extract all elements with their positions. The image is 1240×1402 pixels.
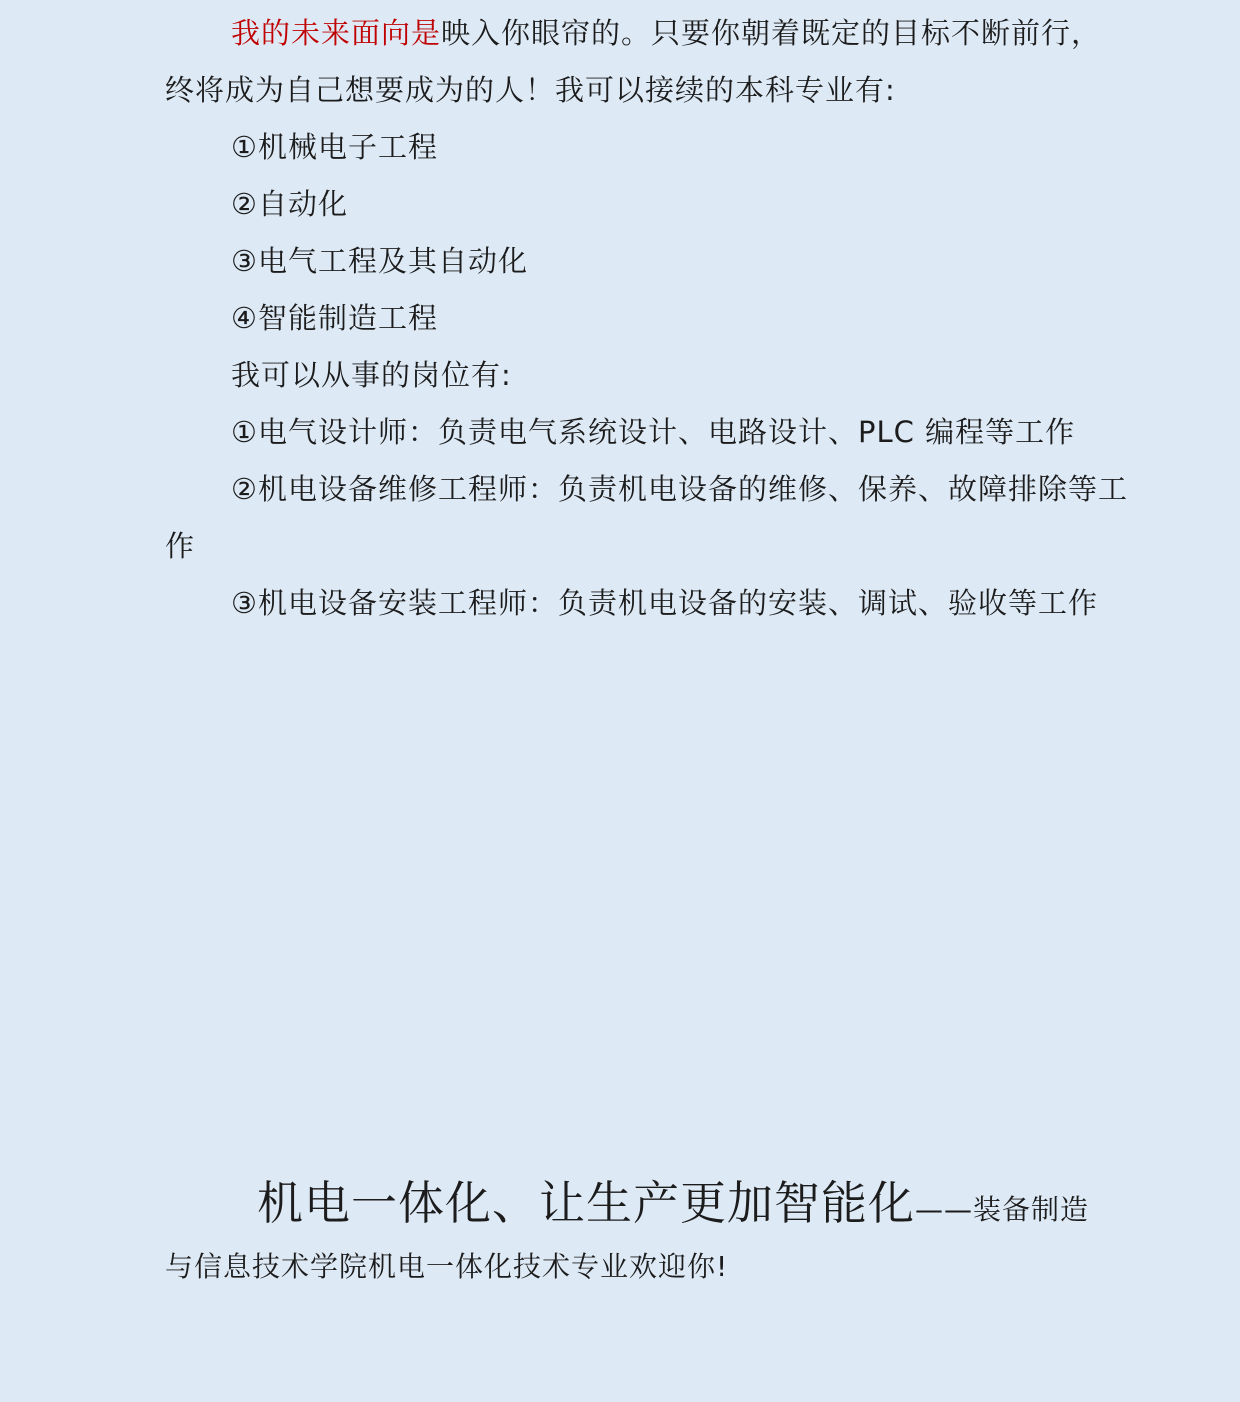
document-page: 我的未来面向是映入你眼帘的。只要你朝着既定的目标不断前行， 终将成为自己想要成为… bbox=[0, 0, 1240, 1402]
job-item-2-line-1: ②机电设备维修工程师：负责机电设备的维修、保养、故障排除等工 bbox=[165, 461, 1175, 518]
closing-welcome-line: 与信息技术学院机电一体化技术专业欢迎你! bbox=[165, 1243, 1175, 1291]
major-item-2: ②自动化 bbox=[165, 176, 1175, 233]
intro-lead-red: 我的未来面向是 bbox=[231, 16, 441, 50]
closing-slogan-big: 机电一体化、让生产更加智能化 bbox=[257, 1176, 915, 1230]
job-item-3: ③机电设备安装工程师：负责机电设备的安装、调试、验收等工作 bbox=[165, 575, 1175, 632]
major-item-3: ③电气工程及其自动化 bbox=[165, 233, 1175, 290]
intro-line-2: 终将成为自己想要成为的人！我可以接续的本科专业有: bbox=[165, 62, 1175, 119]
intro-line-1-rest: 映入你眼帘的。只要你朝着既定的目标不断前行， bbox=[441, 16, 1101, 50]
job-item-1: ①电气设计师：负责电气系统设计、电路设计、PLC 编程等工作 bbox=[165, 404, 1175, 461]
closing-block: 机电一体化、让生产更加智能化——装备制造 与信息技术学院机电一体化技术专业欢迎你… bbox=[165, 1170, 1175, 1291]
intro-line-1: 我的未来面向是映入你眼帘的。只要你朝着既定的目标不断前行， bbox=[165, 5, 1175, 62]
major-item-1: ①机械电子工程 bbox=[165, 119, 1175, 176]
closing-slogan-attribution: ——装备制造 bbox=[915, 1193, 1089, 1226]
document-body: 我的未来面向是映入你眼帘的。只要你朝着既定的目标不断前行， 终将成为自己想要成为… bbox=[165, 5, 1175, 632]
closing-slogan-line: 机电一体化、让生产更加智能化——装备制造 bbox=[165, 1170, 1175, 1243]
jobs-heading: 我可以从事的岗位有: bbox=[165, 347, 1175, 404]
job-item-2-line-2: 作 bbox=[165, 518, 1175, 575]
major-item-4: ④智能制造工程 bbox=[165, 290, 1175, 347]
